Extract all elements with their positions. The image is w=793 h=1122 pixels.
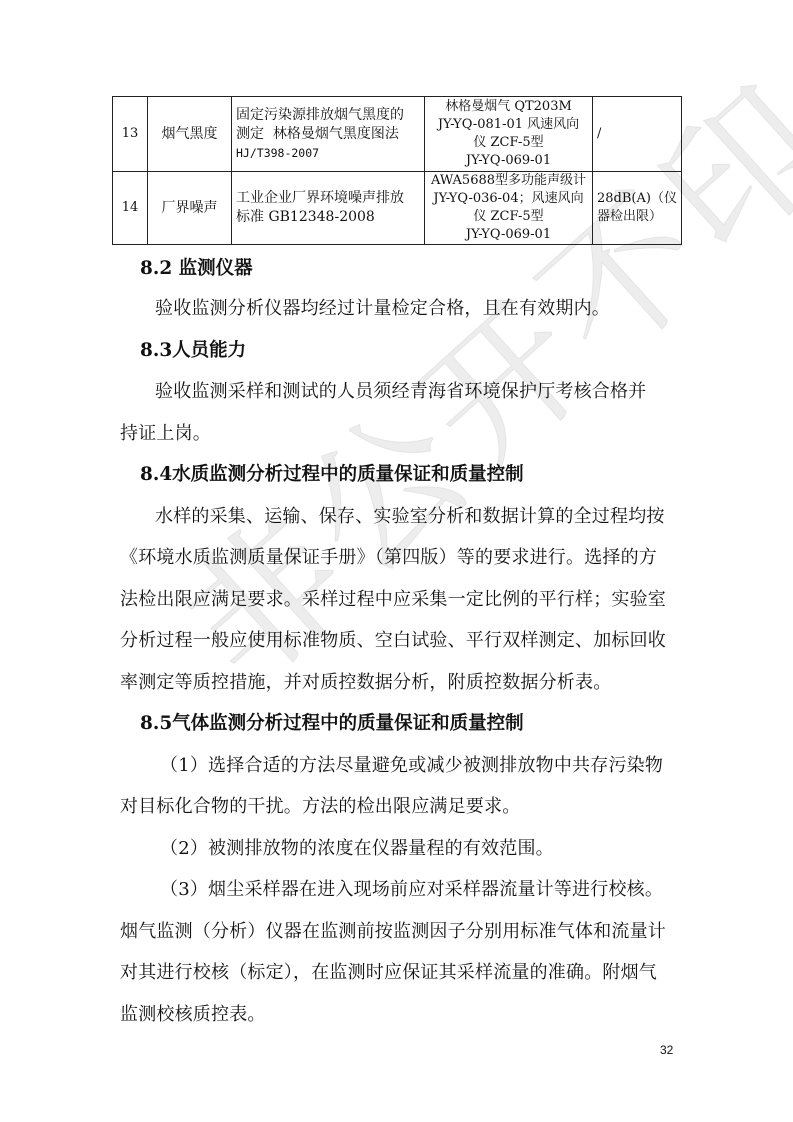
paragraph-line: （3）烟尘采样器在进入现场前应对采样器流量计等进行校核。	[160, 875, 663, 901]
method-line: HJ/T398-2007	[236, 144, 420, 163]
page-number: 32	[660, 1043, 673, 1057]
paragraph-line: （2）被测排放物的浓度在仪器量程的有效范围。	[160, 834, 554, 860]
cell-detection-limit: /	[593, 97, 682, 172]
paragraph-line: 监测校核质控表。	[120, 1000, 266, 1026]
cell-instrument: 林格曼烟气 QT203M JY-YQ-081-01 风速风向 仪 ZCF-5型 …	[425, 97, 593, 172]
paragraph-line: 烟气监测（分析）仪器在监测前按监测因子分别用标准气体和流量计	[120, 917, 666, 943]
section-heading-8-3: 8.3人员能力	[140, 336, 246, 362]
cell-method: 固定污染源排放烟气黑度的 测定 林格曼烟气黑度图法 HJ/T398-2007	[232, 97, 425, 172]
paragraph-line: （1）选择合适的方法尽量避免或减少被测排放物中共存污染物	[160, 751, 663, 777]
cell-method: 工业企业厂界环境噪声排放 标准 GB12348-2008	[232, 172, 425, 245]
cell-instrument: AWA5688型多功能声级计 JY-YQ-036-04；风速风向 仪 ZCF-5…	[425, 172, 593, 245]
method-line: 固定污染源排放烟气黑度的	[236, 106, 420, 125]
instrument-line: 仪 ZCF-5型	[429, 208, 588, 226]
instrument-line: AWA5688型多功能声级计	[429, 172, 588, 190]
section-heading-8-2: 8.2 监测仪器	[140, 254, 253, 280]
paragraph-line: 《环境水质监测质量保证手册》（第四版）等的要求进行。选择的方	[120, 543, 657, 569]
paragraph-line: 法检出限应满足要求。采样过程中应采集一定比例的平行样；实验室	[120, 585, 666, 611]
paragraph-line: 持证上岗。	[120, 419, 211, 445]
paragraph-line: 对目标化合物的干扰。方法的检出限应满足要求。	[120, 792, 520, 818]
instrument-line: JY-YQ-069-01	[429, 152, 588, 170]
paragraph-line: 水样的采集、运输、保存、实验室分析和数据计算的全过程均按	[155, 502, 665, 528]
paragraph-line: 分析过程一般应使用标准物质、空白试验、平行双样测定、加标回收	[120, 626, 666, 652]
limit-line: 28dB(A)（仪	[597, 190, 677, 208]
paragraph-line: 对其进行校核（标定），在监测时应保证其采样流量的准确。附烟气	[120, 958, 657, 984]
table-row: 13 烟气黑度 固定污染源排放烟气黑度的 测定 林格曼烟气黑度图法 HJ/T39…	[113, 97, 682, 172]
method-instrument-table: 13 烟气黑度 固定污染源排放烟气黑度的 测定 林格曼烟气黑度图法 HJ/T39…	[112, 96, 682, 245]
limit-line: /	[597, 125, 677, 143]
section-heading-8-5: 8.5气体监测分析过程中的质量保证和质量控制	[140, 709, 524, 735]
instrument-line: JY-YQ-081-01 风速风向	[429, 116, 588, 134]
method-line: 测定 林格曼烟气黑度图法	[236, 125, 420, 144]
paragraph-line: 验收监测分析仪器均经过计量检定合格，且在有效期内。	[155, 294, 610, 320]
paragraph-line: 验收监测采样和测试的人员须经青海省环境保护厅考核合格并	[155, 377, 646, 403]
cell-detection-limit: 28dB(A)（仪 器检出限）	[593, 172, 682, 245]
instrument-line: JY-YQ-036-04；风速风向	[429, 190, 588, 208]
paragraph-line: 率测定等质控措施，并对质控数据分析，附质控数据分析表。	[120, 668, 611, 694]
method-line: 工业企业厂界环境噪声排放	[236, 189, 420, 208]
cell-no: 13	[113, 97, 148, 172]
cell-no: 14	[113, 172, 148, 245]
cell-item: 厂界噪声	[148, 172, 232, 245]
section-heading-8-4: 8.4水质监测分析过程中的质量保证和质量控制	[140, 460, 524, 486]
instrument-line: 林格曼烟气 QT203M	[429, 98, 588, 116]
table-row: 14 厂界噪声 工业企业厂界环境噪声排放 标准 GB12348-2008 AWA…	[113, 172, 682, 245]
cell-item: 烟气黑度	[148, 97, 232, 172]
method-line: 标准 GB12348-2008	[236, 208, 420, 227]
instrument-line: JY-YQ-069-01	[429, 226, 588, 244]
limit-line: 器检出限）	[597, 208, 677, 226]
instrument-line: 仪 ZCF-5型	[429, 134, 588, 152]
